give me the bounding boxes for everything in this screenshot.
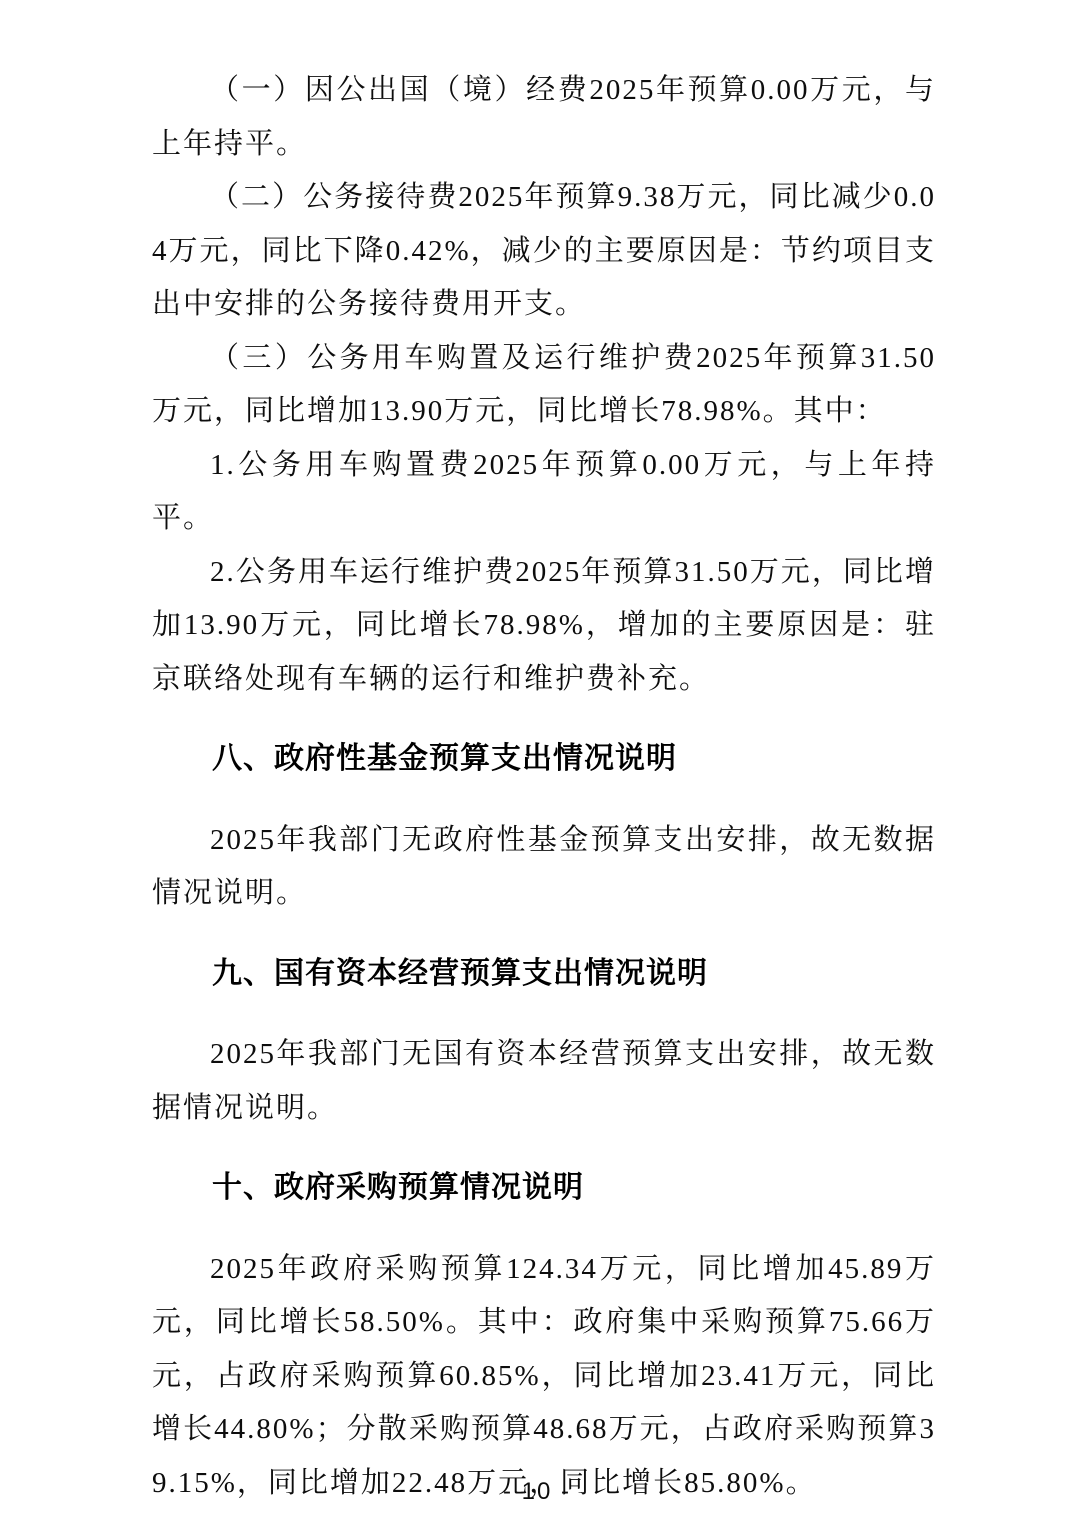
paragraph-vehicle-maintenance-item: 2.公务用车运行维护费2025年预算31.50万元，同比增加13.90万元，同比… bbox=[152, 546, 936, 707]
paragraph-government-fund-budget-note: 2025年我部门无政府性基金预算支出安排，故无数据情况说明。 bbox=[152, 814, 936, 921]
heading-section-10-government-procurement-budget: 十、政府采购预算情况说明 bbox=[152, 1161, 936, 1215]
paragraph-official-reception-expense: （二）公务接待费2025年预算9.38万元，同比减少0.04万元，同比下降0.4… bbox=[152, 171, 936, 332]
paragraph-government-procurement-budget-detail: 2025年政府采购预算124.34万元，同比增加45.89万元，同比增长58.5… bbox=[152, 1243, 936, 1511]
paragraph-vehicle-purchase-item: 1.公务用车购置费2025年预算0.00万元，与上年持平。 bbox=[152, 439, 936, 546]
paragraph-overseas-travel-expense: （一）因公出国（境）经费2025年预算0.00万元，与上年持平。 bbox=[152, 64, 936, 171]
document-body: （一）因公出国（境）经费2025年预算0.00万元，与上年持平。 （二）公务接待… bbox=[152, 64, 936, 1510]
document-page: （一）因公出国（境）经费2025年预算0.00万元，与上年持平。 （二）公务接待… bbox=[0, 0, 1074, 1520]
paragraph-vehicle-purchase-maintenance-expense: （三）公务用车购置及运行维护费2025年预算31.50万元，同比增加13.90万… bbox=[152, 332, 936, 439]
page-number: - 10 - bbox=[0, 1478, 1074, 1506]
heading-section-9-state-capital-budget: 九、国有资本经营预算支出情况说明 bbox=[152, 947, 936, 1001]
paragraph-state-capital-budget-note: 2025年我部门无国有资本经营预算支出安排，故无数据情况说明。 bbox=[152, 1028, 936, 1135]
heading-section-8-government-fund-budget: 八、政府性基金预算支出情况说明 bbox=[152, 732, 936, 786]
